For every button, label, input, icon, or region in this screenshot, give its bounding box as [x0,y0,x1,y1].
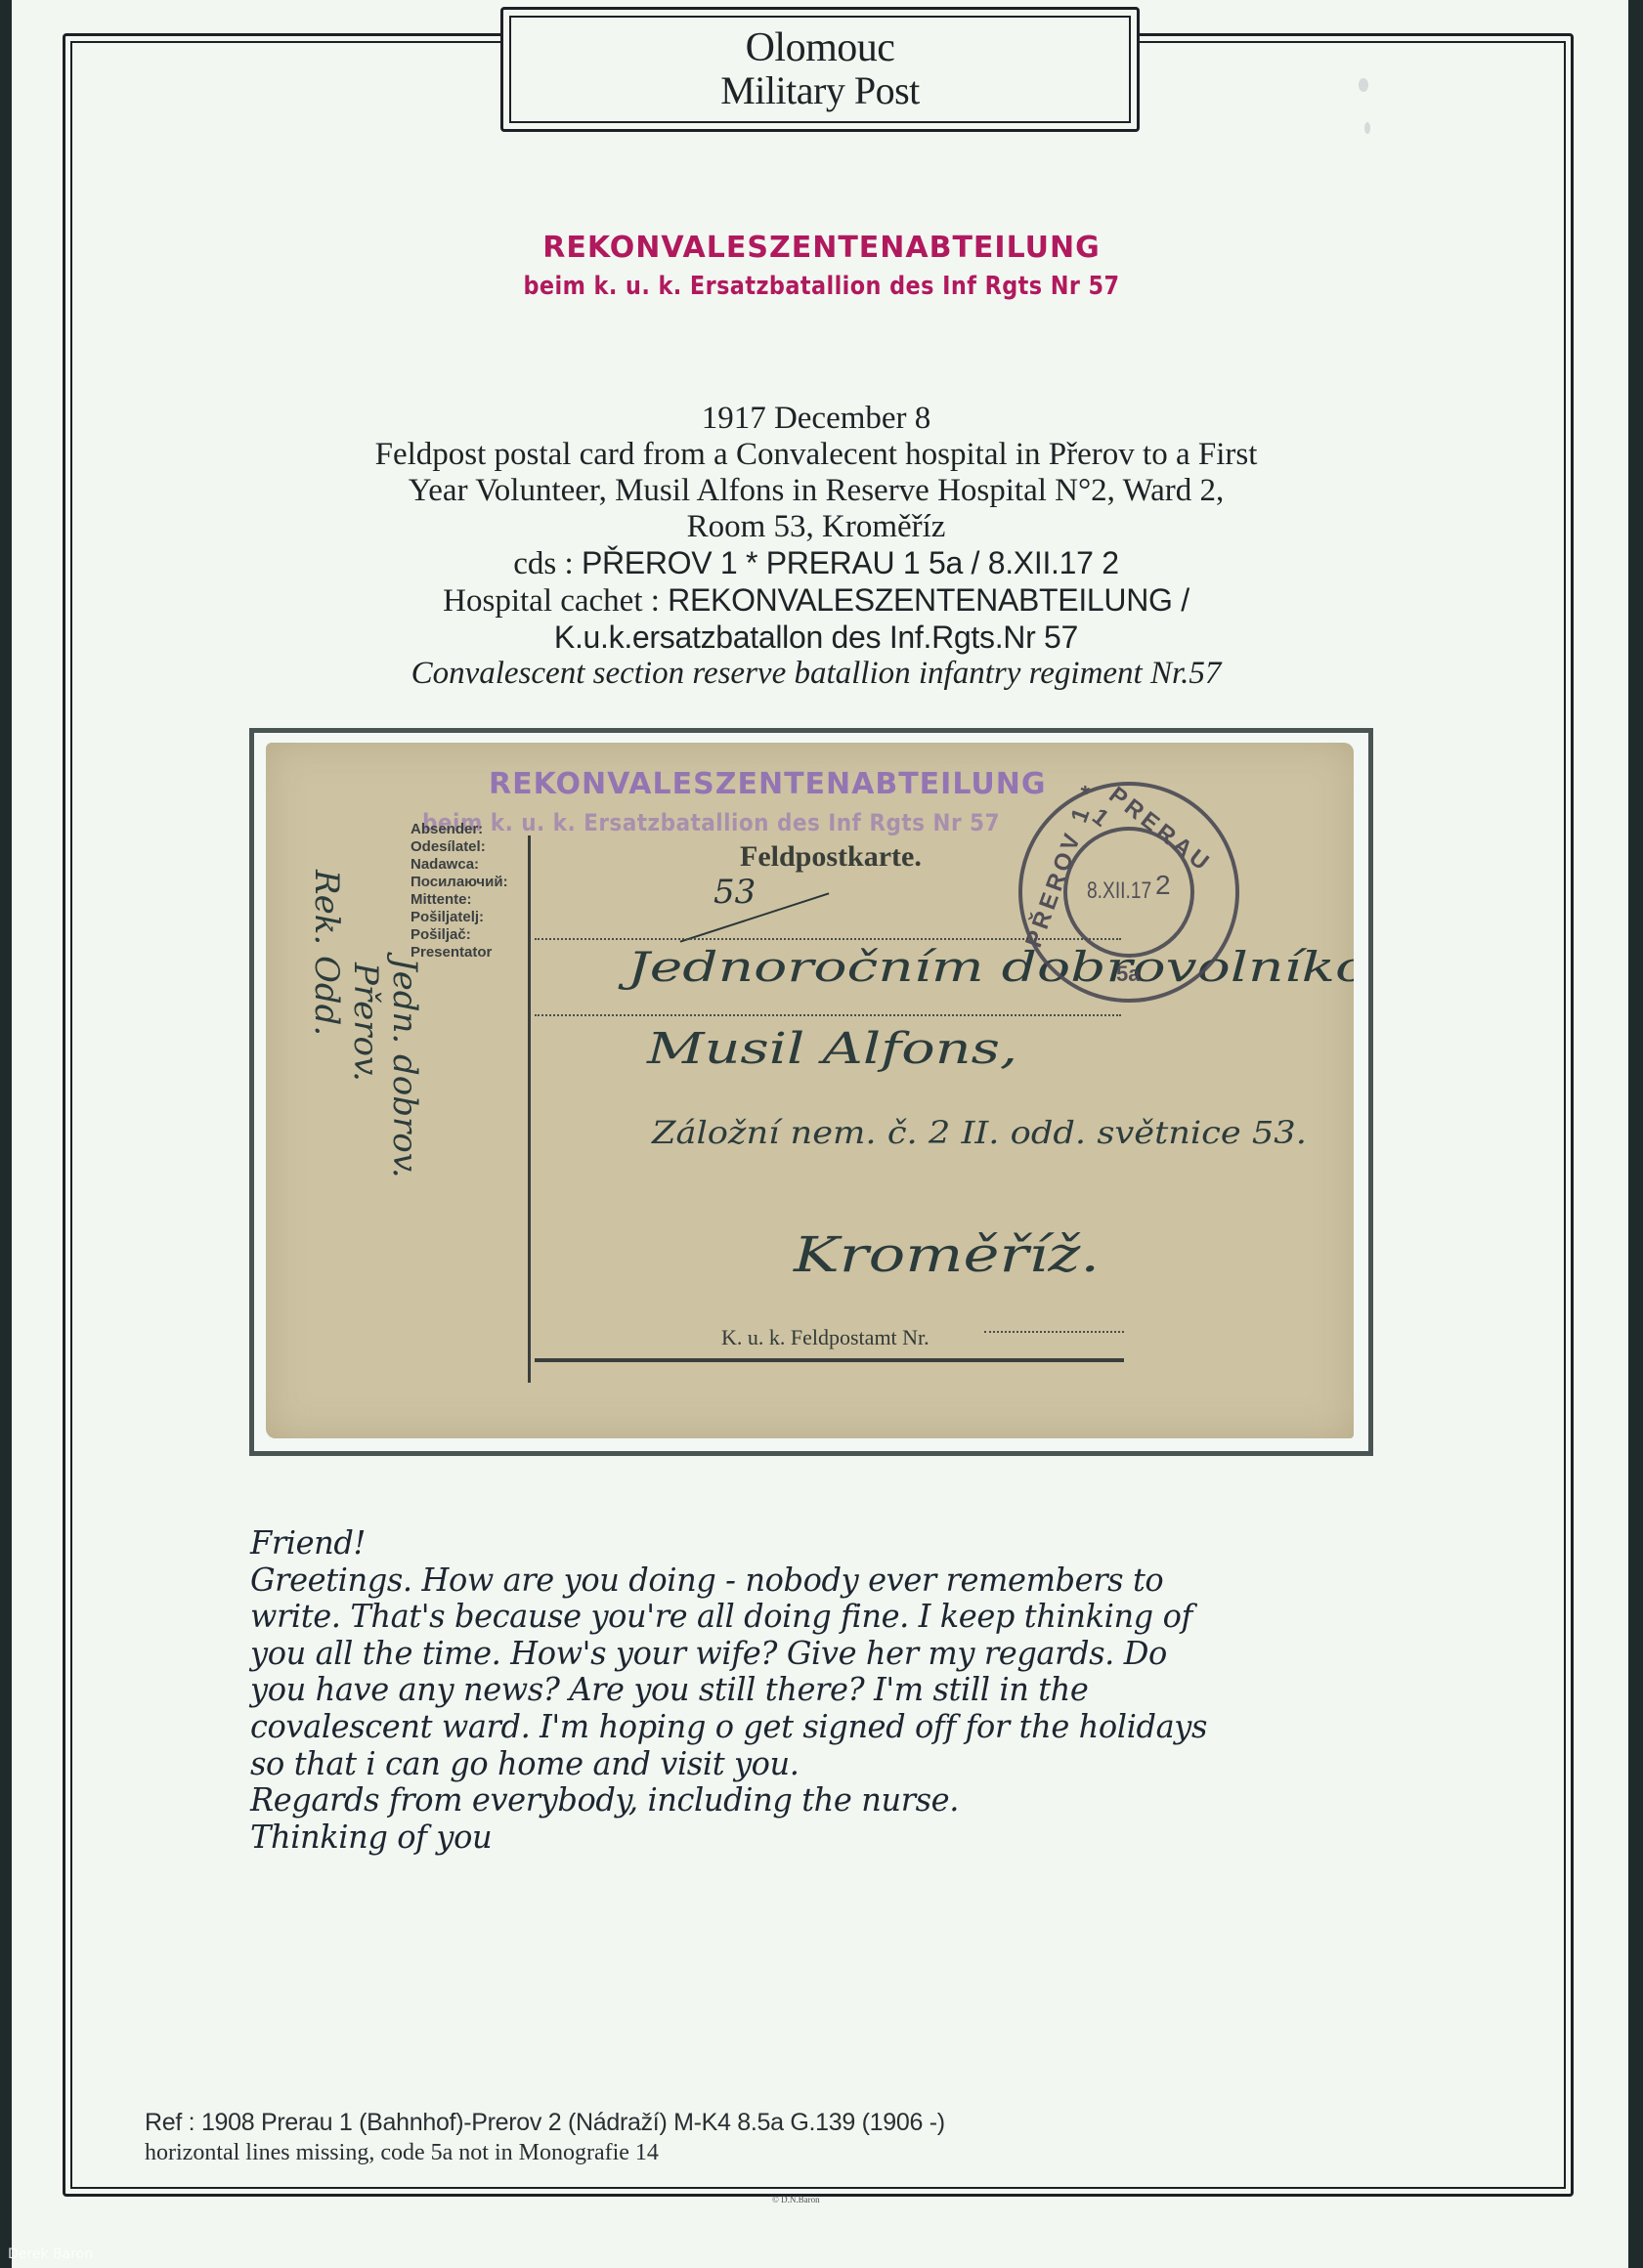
cds-line: cds : PŘEROV 1 * PRERAU 1 5a / 8.XII.17 … [264,545,1368,582]
scan-smudge [1359,78,1368,92]
address-solid-line [535,1358,1124,1362]
handwritten-address: Musil Alfons, [647,1024,1017,1074]
hospital-cachet-value: REKONVALESZENTENABTEILUNG / [668,582,1189,618]
translation-line: you all the time. How's your wife? Give … [250,1635,1350,1672]
sender-label: Nadawca: [411,856,508,874]
sender-label: Посилаючий: [411,874,508,891]
sender-label: Pošiljač: [411,926,508,944]
hospital-cachet-value-2: K.u.k.ersatzbatallon des Inf.Rgts.Nr 57 [264,620,1368,656]
postmark-cds: 8.XII.17 2 PRERAU 1 PŘEROV 1 * 5a [1018,782,1239,1003]
cds-value: PŘEROV 1 * PRERAU 1 5a / 8.XII.17 2 [582,545,1119,580]
message-translation: Friend! Greetings. How are you doing - n… [250,1524,1384,1855]
translation-line: Thinking of you [250,1819,1350,1856]
cds-label: cds : [513,546,582,581]
handwritten-sender: Jedn. dobrov. [385,958,424,1178]
description-line: Room 53, Kroměříz [264,509,1368,545]
reference-note: horizontal lines missing, code 5a not in… [145,2140,659,2166]
translation-line: so that i can go home and visit you. [250,1745,1350,1782]
page-title-box: Olomouc Military Post [500,7,1140,132]
address-dotted-line [984,1331,1124,1333]
card-printed-title: Feldpostkarte. [740,840,922,874]
scan-edge-right [1628,0,1643,2268]
sender-label: Presentator [411,944,508,962]
handwritten-address: Záložní nem. č. 2 II. odd. světnice 53. [652,1114,1307,1151]
address-dotted-line [535,1014,1121,1016]
postmark-date: 8.XII.17 [1087,877,1151,905]
translation-line: Regards from everybody, including the nu… [250,1781,1350,1819]
sender-label: Pošiljatelj: [411,909,508,926]
handwritten-sender: Rek. Odd. [307,870,346,1036]
translation-line: you have any news? Are you still there? … [250,1671,1350,1708]
description-line: Feldpost postal card from a Convalecent … [264,437,1368,473]
item-description: 1917 December 8 Feldpost postal card fro… [264,401,1368,692]
cachet-enlarged-line2: beim k. u. k. Ersatzbatallion des Inf Rg… [115,272,1529,301]
translation-line: write. That's because you're all doing f… [250,1598,1350,1635]
postmark-code: 5a [1116,962,1140,987]
card-cachet-line2: beim k. u. k. Ersatzbatallion des Inf Rg… [422,809,1000,836]
handwritten-address: Kroměříž. [794,1226,1100,1283]
copyright-notice: © D.N.Baron [772,2195,820,2204]
card-divider-line [528,835,531,1383]
page-title-box-inner: Olomouc Military Post [509,16,1131,123]
translation-line: Friend! [250,1524,1350,1562]
handwritten-room-number: 53 [713,873,756,912]
description-line: Year Volunteer, Musil Alfons in Reserve … [264,473,1368,509]
reference-line: Ref : 1908 Prerau 1 (Bahnhof)-Prerov 2 (… [145,2109,945,2137]
card-cachet-line1: REKONVALESZENTENABTEILUNG [489,767,1046,801]
handwritten-sender: Přerov. [346,963,385,1082]
cachet-enlarged-line1: REKONVALESZENTENABTEILUNG [0,231,1643,265]
hospital-cachet-line: Hospital cachet : REKONVALESZENTENABTEIL… [264,582,1368,620]
scan-smudge [1364,122,1370,134]
postcard-image: REKONVALESZENTENABTEILUNG beim k. u. k. … [266,743,1354,1438]
hospital-cachet-label: Hospital cachet : [443,583,668,619]
handwritten-address: Jednoročním dobrovolníkovi [627,943,1354,991]
sender-label: Absender: [411,821,508,838]
sender-label: Mittente: [411,891,508,909]
watermark: Derek Baron [8,2247,93,2262]
feldpostamt-label: K. u. k. Feldpostamt Nr. [721,1325,930,1350]
page-subtitle: Military Post [720,69,920,112]
scan-edge-left [0,0,12,2268]
cachet-translation: Convalescent section reserve batallion i… [264,656,1368,692]
description-date: 1917 December 8 [264,401,1368,437]
sender-label: Odesílatel: [411,838,508,856]
translation-line: Greetings. How are you doing - nobody ev… [250,1562,1350,1599]
page-title: Olomouc [746,26,895,69]
translation-line: covalescent ward. I'm hoping o get signe… [250,1708,1350,1745]
sender-labels: Absender: Odesílatel: Nadawca: Посилаючи… [411,821,508,962]
